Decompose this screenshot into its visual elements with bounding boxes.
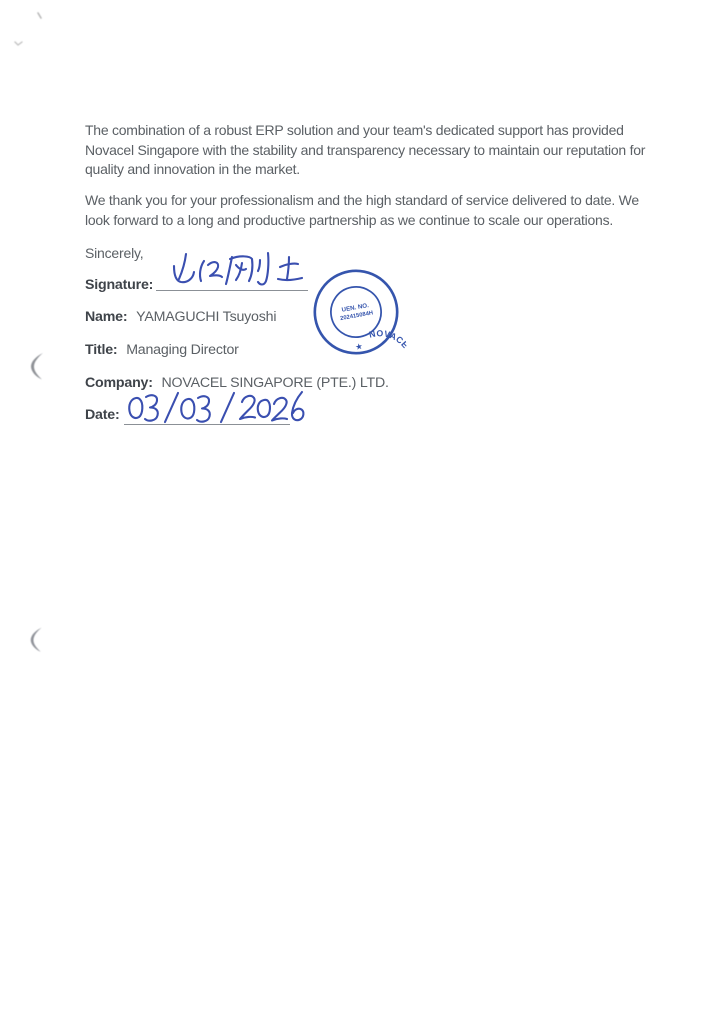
stamp-seal-icon: NOVACEL SINGAPORE (PTE.) LTD. UEN. NO. 2… xyxy=(305,261,407,363)
closing-sincerely: Sincerely, xyxy=(85,245,143,261)
date-strokes xyxy=(129,392,303,422)
date-row: Date: xyxy=(85,407,119,423)
stamp-inner-ring xyxy=(327,283,385,341)
title-row: Title: Managing Director xyxy=(85,342,239,358)
svg-text:NOVACEL SINGAPORE (PTE.) LTD.: NOVACEL SINGAPORE (PTE.) LTD. xyxy=(335,322,407,363)
paragraph-erp-solution: The combination of a robust ERP solution… xyxy=(85,121,724,180)
title-value: Managing Director xyxy=(126,342,239,358)
paragraph-thank-you: We thank you for your professionalism an… xyxy=(85,191,724,230)
company-value: NOVACEL SINGAPORE (PTE.) LTD. xyxy=(162,375,389,391)
date-label: Date: xyxy=(85,407,119,423)
hole-punch-crescent-icon xyxy=(28,626,48,653)
company-label: Company: xyxy=(85,375,153,391)
scan-speck-icon xyxy=(36,12,44,21)
handwritten-signature xyxy=(170,248,310,296)
signature-label: Signature: xyxy=(85,277,153,293)
company-row: Company: NOVACEL SINGAPORE (PTE.) LTD. xyxy=(85,375,389,391)
name-row: Name: YAMAGUCHI Tsuyoshi xyxy=(85,309,276,325)
scanned-letter-page: The combination of a robust ERP solution… xyxy=(0,0,724,1024)
company-stamp: NOVACEL SINGAPORE (PTE.) LTD. UEN. NO. 2… xyxy=(305,261,407,363)
stamp-ring-text: NOVACEL SINGAPORE (PTE.) LTD. xyxy=(335,322,407,363)
signature-row: Signature: xyxy=(85,277,153,293)
name-label: Name: xyxy=(85,309,127,325)
handwritten-date xyxy=(122,390,317,432)
signature-strokes xyxy=(174,253,302,285)
hole-punch-crescent-icon xyxy=(28,352,50,380)
stamp-star-icon: ★ xyxy=(354,341,363,352)
name-value: YAMAGUCHI Tsuyoshi xyxy=(136,309,276,325)
scan-speck-icon xyxy=(14,39,24,48)
title-label: Title: xyxy=(85,342,117,358)
